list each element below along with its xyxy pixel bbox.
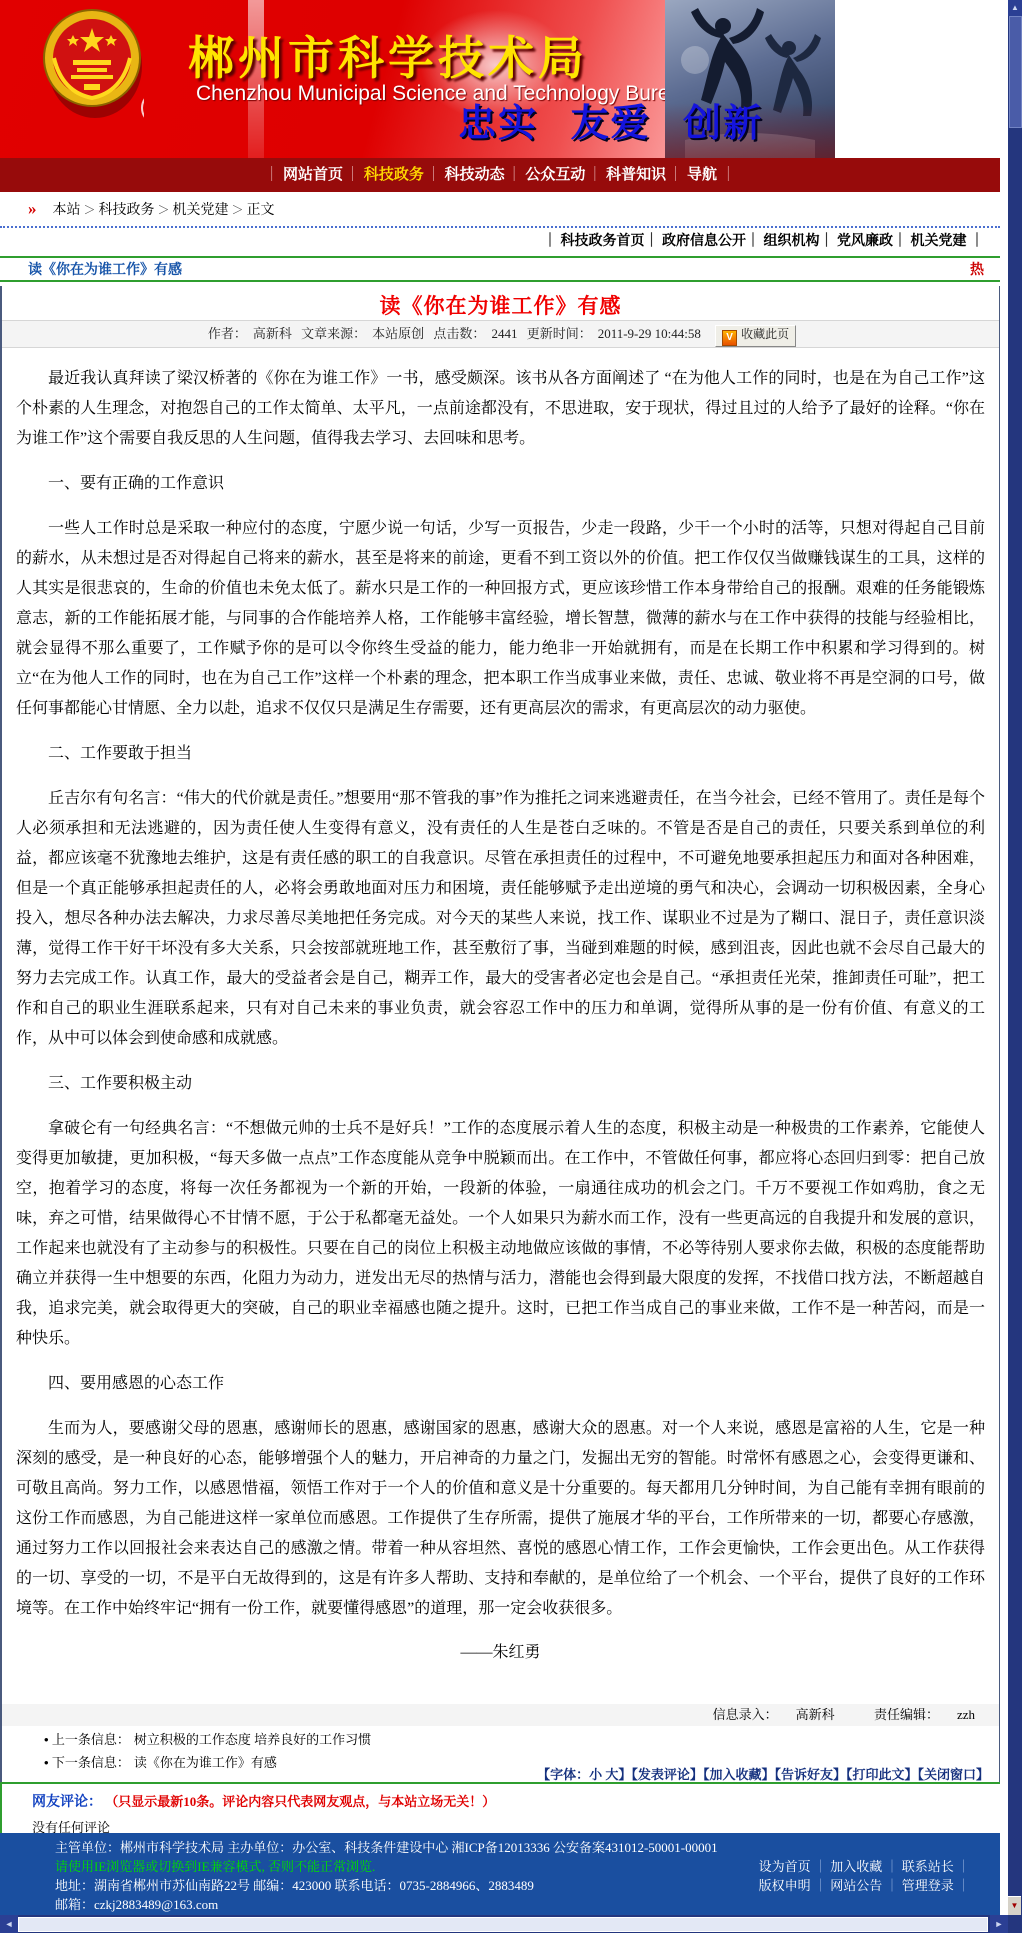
main-nav-item[interactable]: 网站首页 <box>264 167 343 183</box>
author-value: 高新科 <box>253 326 292 341</box>
breadcrumb-item[interactable]: 机关党建 <box>173 203 247 218</box>
clicks-label: 点击数： <box>433 326 485 341</box>
breadcrumb-item[interactable]: 本站 <box>53 203 99 218</box>
main-nav: 网站首页科技政务科技动态公众互动科普知识导航 <box>0 158 1000 192</box>
favorite-label: 收藏此页 <box>741 327 789 341</box>
article-title: 读《你在为谁工作》有感 <box>2 290 999 320</box>
toolbar-item[interactable]: 【打印此文】 <box>846 1767 918 1782</box>
site-title: 郴州市科学技术局 <box>188 22 588 88</box>
article: 读《你在为谁工作》有感 作者：高新科 文章来源：本站原创 点击数：2441 更新… <box>0 286 1000 1782</box>
footer-info: 主管单位：郴州市科学技术局 主办单位：办公室、科技条件建设中心 湘ICP备120… <box>55 1838 718 1914</box>
favorite-button[interactable]: V收藏此页 <box>715 325 796 347</box>
prev-next-label: 上一条信息： <box>52 1732 130 1747</box>
hot-badge: 热 <box>970 258 984 284</box>
recorder-value: 高新科 <box>796 1707 835 1722</box>
main-nav-item[interactable]: 科技政务 <box>345 167 424 183</box>
vertical-scrollbar-thumb[interactable] <box>1009 16 1022 128</box>
editor-label: 责任编辑： <box>874 1707 939 1722</box>
horizontal-scrollbar[interactable]: ◄ ► <box>0 1915 1008 1933</box>
footer-link[interactable]: 版权申明 <box>759 1878 831 1893</box>
footer-link[interactable]: 网站公告 <box>830 1878 902 1893</box>
footer-link[interactable]: 管理登录 <box>902 1878 970 1893</box>
source-value: 本站原创 <box>372 326 424 341</box>
scrollbar-corner <box>1008 1915 1022 1933</box>
article-paragraph: 最近我认真拜读了梁汉桥著的《你在为谁工作》一书，感受颇深。该书从各方面阐述了 “… <box>16 364 985 454</box>
scroll-right-icon[interactable]: ► <box>990 1915 1008 1933</box>
main-nav-item[interactable]: 科技动态 <box>426 167 505 183</box>
breadcrumb-arrows-icon: » <box>28 199 37 218</box>
article-paragraph: 一些人工作时总是采取一种应付的态度，宁愿少说一句话，少写一页报告，少走一段路，少… <box>16 514 985 724</box>
toolbar-item[interactable]: 【加入收藏】 <box>703 1767 775 1782</box>
author-label: 作者： <box>208 326 247 341</box>
site-footer: 主管单位：郴州市科学技术局 主办单位：办公室、科技条件建设中心 湘ICP备120… <box>0 1833 1000 1915</box>
footer-ie-warning: 请使用IE浏览器或切换到IE兼容模式, 否则不能正常浏览. <box>55 1857 718 1876</box>
prev-next-list: 上一条信息：树立积极的工作态度 培养良好的工作习惯下一条信息：读《你在为谁工作》… <box>44 1728 371 1774</box>
footer-links: 设为首页加入收藏联系站长 版权申明网站公告管理登录 <box>759 1857 970 1895</box>
site-slogan: 忠实 友爱 创新 <box>458 92 763 147</box>
scroll-left-icon[interactable]: ◄ <box>0 1915 18 1933</box>
breadcrumb-item[interactable]: 科技政务 <box>99 203 173 218</box>
sub-nav-item[interactable]: 机关党建 <box>893 234 984 249</box>
main-nav-item[interactable]: 导航 <box>668 167 736 183</box>
main-nav-item[interactable]: 公众互动 <box>507 167 586 183</box>
recorder-label: 信息录入： <box>713 1707 778 1722</box>
article-paragraph: 拿破仑有一句经典名言：“不想做元帅的士兵不是好兵！”工作的态度展示着人生的态度，… <box>16 1114 985 1354</box>
footer-line-email: 邮箱：czkj2883489@163.com <box>55 1895 718 1914</box>
article-paragraph: 丘吉尔有句名言：“伟大的代价就是责任。”想要用“那不管我的事”作为推托之词来逃避… <box>16 784 985 1054</box>
toolbar-item[interactable]: 【关闭窗口】 <box>917 1767 989 1782</box>
prev-next-label: 下一条信息： <box>52 1755 130 1770</box>
entry-info-bar: 信息录入：高新科 责任编辑：zzh <box>2 1704 999 1726</box>
announcement-title[interactable]: 读《你在为谁工作》有感 <box>28 258 182 284</box>
vertical-scrollbar[interactable]: ▲ ▼ <box>1008 0 1022 1933</box>
footer-link[interactable]: 联系站长 <box>902 1859 970 1874</box>
footer-line-address: 地址：湖南省郴州市苏仙南路22号 邮编：423000 联系电话：0735-288… <box>55 1876 718 1895</box>
announcement-bar: 读《你在为谁工作》有感 热 <box>0 256 1000 282</box>
article-paragraph: 四、要用感恩的心态工作 <box>16 1369 985 1399</box>
source-label: 文章来源： <box>301 326 366 341</box>
breadcrumb: »本站科技政务机关党建正文 <box>0 192 1000 226</box>
article-paragraph: 一、要有正确的工作意识 <box>16 469 985 499</box>
updated-value: 2011-9-29 10:44:58 <box>598 326 701 341</box>
prev-next-row: 下一条信息：读《你在为谁工作》有感 <box>44 1751 371 1774</box>
footer-link[interactable]: 设为首页 <box>759 1859 831 1874</box>
article-signature: ——朱红勇 <box>16 1639 985 1662</box>
prev-next-row: 上一条信息：树立积极的工作态度 培养良好的工作习惯 <box>44 1728 371 1751</box>
article-toolbar: 【字体：小 大】【发表评论】【加入收藏】【告诉好友】【打印此文】【关闭窗口】 <box>537 1764 989 1783</box>
sub-nav-item[interactable]: 科技政务首页 <box>543 234 645 249</box>
article-meta-bar: 作者：高新科 文章来源：本站原创 点击数：2441 更新时间：2011-9-29… <box>2 320 999 348</box>
prev-next-link[interactable]: 读《你在为谁工作》有感 <box>134 1755 277 1770</box>
updated-label: 更新时间： <box>527 326 592 341</box>
toolbar-item[interactable]: 【发表评论】 <box>631 1767 703 1782</box>
breadcrumb-item[interactable]: 正文 <box>247 203 275 218</box>
national-emblem-icon <box>40 4 144 122</box>
favorite-icon: V <box>722 330 737 346</box>
article-paragraph: 三、工作要积极主动 <box>16 1069 985 1099</box>
toolbar-item[interactable]: 【告诉好友】 <box>774 1767 846 1782</box>
footer-link[interactable]: 加入收藏 <box>830 1859 902 1874</box>
sub-nav: 科技政务首页政府信息公开组织机构党风廉政机关党建 <box>0 228 1000 256</box>
editor-value: zzh <box>957 1707 975 1722</box>
site-header: 郴州市科学技术局 Chenzhou Municipal Science and … <box>0 0 835 158</box>
toolbar-item[interactable]: 【字体：小 大】 <box>537 1767 631 1782</box>
article-paragraph: 二、工作要敢于担当 <box>16 739 985 769</box>
comments-label: 网友评论： <box>32 1795 102 1810</box>
main-nav-item[interactable]: 科普知识 <box>587 167 666 183</box>
article-body: 最近我认真拜读了梁汉桥著的《你在为谁工作》一书，感受颇深。该书从各方面阐述了 “… <box>2 348 999 1698</box>
comments-section: 网友评论： （只显示最新10条。评论内容只代表网友观点，与本站立场无关！） 没有… <box>0 1784 1000 1833</box>
sub-nav-item[interactable]: 政府信息公开 <box>645 234 747 249</box>
sub-nav-item[interactable]: 组织机构 <box>746 234 820 249</box>
clicks-value: 2441 <box>491 326 517 341</box>
scroll-down-icon[interactable]: ▼ <box>1008 1896 1021 1915</box>
comments-notice: （只显示最新10条。评论内容只代表网友观点，与本站立场无关！） <box>105 1794 495 1809</box>
horizontal-scrollbar-thumb[interactable] <box>18 1917 988 1932</box>
article-paragraph: 生而为人，要感谢父母的恩惠，感谢师长的恩惠，感谢国家的恩惠，感谢大众的恩惠。对一… <box>16 1414 985 1624</box>
footer-line-sponsor: 主管单位：郴州市科学技术局 主办单位：办公室、科技条件建设中心 湘ICP备120… <box>55 1838 718 1857</box>
sub-nav-item[interactable]: 党风廉政 <box>820 234 894 249</box>
prev-next-link[interactable]: 树立积极的工作态度 培养良好的工作习惯 <box>134 1732 371 1747</box>
scroll-up-icon[interactable]: ▲ <box>1008 0 1022 16</box>
